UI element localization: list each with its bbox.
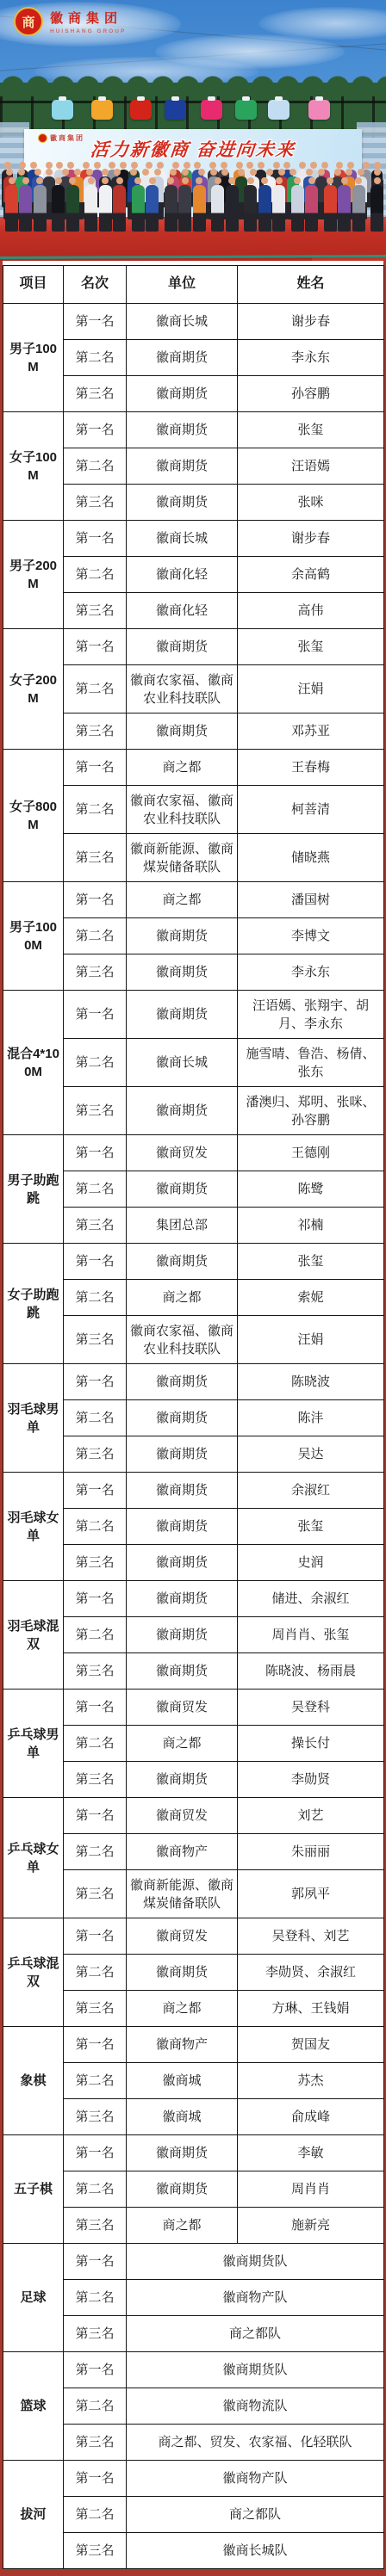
article-page: 徽商集团 活力新徽商 奋进向未来 商 徽商集团 HUISHANG GROUP 项… xyxy=(0,0,386,2576)
name-cell: 吴达 xyxy=(238,1436,384,1473)
unit-cell: 徽商期货 xyxy=(127,1653,238,1690)
unit-cell: 徽商期货 xyxy=(127,485,238,521)
rank-cell: 第一名 xyxy=(64,1244,127,1280)
table-row: 男子100M第一名徽商长城谢步春 xyxy=(3,304,384,340)
unit-cell: 徽商期货 xyxy=(127,1473,238,1509)
table-row: 乒乓球男单第一名徽商贸发吴登科 xyxy=(3,1690,384,1726)
person-figure xyxy=(352,177,365,232)
table-row: 男子1000M第一名商之都潘国树 xyxy=(3,882,384,918)
table-row: 乒乓球混双第一名徽商贸发吴登科、刘艺 xyxy=(3,1918,384,1955)
name-cell: 储晓燕 xyxy=(238,834,384,882)
rank-cell: 第三名 xyxy=(64,2316,127,2352)
team-cell: 徽商物产队 xyxy=(127,2461,384,2497)
name-cell: 索妮 xyxy=(238,1280,384,1316)
name-cell: 汪娟 xyxy=(238,1316,384,1364)
event-cell: 羽毛球男单 xyxy=(3,1364,64,1473)
column-header: 单位 xyxy=(127,266,238,304)
name-cell: 孙容鹏 xyxy=(238,376,384,412)
rank-cell: 第三名 xyxy=(64,485,127,521)
name-cell: 李永东 xyxy=(238,340,384,376)
unit-cell: 集团总部 xyxy=(127,1208,238,1244)
person-figure xyxy=(146,177,159,232)
person-figure xyxy=(370,177,383,232)
unit-cell: 徽商长城 xyxy=(127,304,238,340)
unit-cell: 徽商期货 xyxy=(127,1955,238,1991)
logo-text-en: HUISHANG GROUP xyxy=(50,28,126,34)
unit-cell: 徽商贸发 xyxy=(127,1798,238,1834)
name-cell: 邓苏亚 xyxy=(238,713,384,750)
unit-cell: 徽商农家福、徽商农业科技联队 xyxy=(127,786,238,834)
unit-cell: 徽商期货 xyxy=(127,376,238,412)
unit-cell: 商之都 xyxy=(127,2208,238,2244)
event-cell: 象棋 xyxy=(3,2027,64,2135)
unit-cell: 商之都 xyxy=(127,1991,238,2027)
name-cell: 谢步春 xyxy=(238,304,384,340)
rank-cell: 第三名 xyxy=(64,593,127,629)
event-cell: 羽毛球混双 xyxy=(3,1581,64,1690)
rank-cell: 第一名 xyxy=(64,2352,127,2388)
rank-cell: 第二名 xyxy=(64,1509,127,1545)
person-figure xyxy=(99,177,112,232)
table-row: 女子800M第一名商之都王春梅 xyxy=(3,750,384,786)
unit-cell: 徽商长城 xyxy=(127,521,238,557)
rank-cell: 第三名 xyxy=(64,1870,127,1918)
rank-cell: 第一名 xyxy=(64,2244,127,2280)
name-cell: 张玺 xyxy=(238,629,384,665)
rank-cell: 第三名 xyxy=(64,2208,127,2244)
person-figure xyxy=(34,177,47,232)
lantern-decoration xyxy=(91,100,113,120)
rank-cell: 第二名 xyxy=(64,786,127,834)
person-figure xyxy=(193,177,206,232)
name-cell: 俞成峰 xyxy=(238,2099,384,2135)
name-cell: 苏杰 xyxy=(238,2063,384,2099)
team-cell: 商之都队 xyxy=(127,2497,384,2533)
rank-cell: 第二名 xyxy=(64,1400,127,1436)
rank-cell: 第一名 xyxy=(64,1581,127,1617)
team-cell: 徽商期货队 xyxy=(127,2352,384,2388)
lantern-decoration xyxy=(268,100,289,120)
unit-cell: 徽商期货 xyxy=(127,2171,238,2208)
unit-cell: 徽商物产 xyxy=(127,1834,238,1870)
name-cell: 张玺 xyxy=(238,1509,384,1545)
name-cell: 施新亮 xyxy=(238,2208,384,2244)
rank-cell: 第二名 xyxy=(64,1039,127,1087)
name-cell: 柯菩清 xyxy=(238,786,384,834)
rank-cell: 第三名 xyxy=(64,1762,127,1798)
person-figure xyxy=(66,177,79,232)
unit-cell: 徽商期货 xyxy=(127,1087,238,1135)
name-cell: 高伟 xyxy=(238,593,384,629)
name-cell: 方琳、王钱娟 xyxy=(238,1991,384,2027)
rank-cell: 第三名 xyxy=(64,1316,127,1364)
name-cell: 周肖肖、张玺 xyxy=(238,1617,384,1653)
rank-cell: 第三名 xyxy=(64,713,127,750)
rank-cell: 第三名 xyxy=(64,1653,127,1690)
person-figure xyxy=(305,177,318,232)
event-cell: 篮球 xyxy=(3,2352,64,2461)
unit-cell: 徽商期货 xyxy=(127,713,238,750)
name-cell: 李勋贤 xyxy=(238,1762,384,1798)
rank-cell: 第三名 xyxy=(64,834,127,882)
team-cell: 徽商物产队 xyxy=(127,2280,384,2316)
person-figure xyxy=(291,177,304,232)
unit-cell: 徽商贸发 xyxy=(127,1135,238,1171)
rank-cell: 第三名 xyxy=(64,376,127,412)
name-cell: 操长付 xyxy=(238,1726,384,1762)
event-cell: 五子棋 xyxy=(3,2135,64,2244)
rank-cell: 第二名 xyxy=(64,1280,127,1316)
unit-cell: 徽商期货 xyxy=(127,1244,238,1280)
rank-cell: 第二名 xyxy=(64,665,127,713)
rank-cell: 第三名 xyxy=(64,2099,127,2135)
name-cell: 祁楠 xyxy=(238,1208,384,1244)
event-cell: 女子100M xyxy=(3,412,64,521)
unit-cell: 商之都 xyxy=(127,1726,238,1762)
unit-cell: 徽商期货 xyxy=(127,1171,238,1208)
unit-cell: 徽商新能源、徽商煤炭储备联队 xyxy=(127,1870,238,1918)
rank-cell: 第二名 xyxy=(64,1955,127,1991)
person-figure xyxy=(258,177,271,232)
event-cell: 女子200M xyxy=(3,629,64,750)
rank-cell: 第二名 xyxy=(64,340,127,376)
table-row: 篮球第一名徽商期货队 xyxy=(3,2352,384,2388)
person-figure xyxy=(244,177,257,232)
event-cell: 男子助跑跳 xyxy=(3,1135,64,1244)
event-photo: 徽商集团 活力新徽商 奋进向未来 商 徽商集团 HUISHANG GROUP xyxy=(0,0,386,261)
event-cell: 拔河 xyxy=(3,2461,64,2569)
person-figure xyxy=(5,177,18,232)
event-cell: 女子助跑跳 xyxy=(3,1244,64,1364)
table-row: 五子棋第一名徽商期货李敏 xyxy=(3,2135,384,2171)
name-cell: 王春梅 xyxy=(238,750,384,786)
event-cell: 乒乓球女单 xyxy=(3,1798,64,1918)
name-cell: 李博文 xyxy=(238,918,384,954)
unit-cell: 徽商期货 xyxy=(127,1436,238,1473)
unit-cell: 徽商农家福、徽商农业科技联队 xyxy=(127,665,238,713)
event-cell: 乒乓球混双 xyxy=(3,1918,64,2027)
rank-cell: 第一名 xyxy=(64,1135,127,1171)
unit-cell: 徽商期货 xyxy=(127,1617,238,1653)
name-cell: 余淑红 xyxy=(238,1473,384,1509)
team-cell: 商之都队 xyxy=(127,2316,384,2352)
rank-cell: 第二名 xyxy=(64,2388,127,2425)
unit-cell: 徽商期货 xyxy=(127,2135,238,2171)
rank-cell: 第一名 xyxy=(64,991,127,1039)
lantern-decoration xyxy=(235,100,257,120)
table-row: 象棋第一名徽商物产贺国友 xyxy=(3,2027,384,2063)
team-cell: 商之都、贸发、农家福、化轻联队 xyxy=(127,2425,384,2461)
rank-cell: 第二名 xyxy=(64,448,127,485)
unit-cell: 徽商贸发 xyxy=(127,1918,238,1955)
name-cell: 张咪 xyxy=(238,485,384,521)
rank-cell: 第一名 xyxy=(64,1690,127,1726)
rank-cell: 第一名 xyxy=(64,1364,127,1400)
unit-cell: 徽商期货 xyxy=(127,1509,238,1545)
person-figure xyxy=(52,177,65,232)
rank-cell: 第三名 xyxy=(64,1208,127,1244)
name-cell: 汪语嫣、张翔宇、胡月、李永东 xyxy=(238,991,384,1039)
person-figure xyxy=(84,177,97,232)
unit-cell: 商之都 xyxy=(127,882,238,918)
rank-cell: 第一名 xyxy=(64,750,127,786)
rank-cell: 第二名 xyxy=(64,557,127,593)
stage-edge-red xyxy=(312,257,386,261)
rank-cell: 第三名 xyxy=(64,1545,127,1581)
rank-cell: 第三名 xyxy=(64,1436,127,1473)
rank-cell: 第一名 xyxy=(64,2135,127,2171)
event-cell: 男子100M xyxy=(3,304,64,412)
rank-cell: 第三名 xyxy=(64,2425,127,2461)
table-row: 男子200M第一名徽商长城谢步春 xyxy=(3,521,384,557)
rank-cell: 第二名 xyxy=(64,2280,127,2316)
unit-cell: 徽商期货 xyxy=(127,1400,238,1436)
name-cell: 汪语嫣 xyxy=(238,448,384,485)
rank-cell: 第一名 xyxy=(64,629,127,665)
lantern-decoration xyxy=(201,100,222,120)
table-row: 女子200M第一名徽商期货张玺 xyxy=(3,629,384,665)
unit-cell: 徽商期货 xyxy=(127,1762,238,1798)
rank-cell: 第二名 xyxy=(64,2063,127,2099)
rank-cell: 第二名 xyxy=(64,1834,127,1870)
rank-cell: 第三名 xyxy=(64,1991,127,2027)
lantern-decoration xyxy=(165,100,186,120)
results-table: 项目名次单位姓名男子100M第一名徽商长城谢步春第二名徽商期货李永东第三名徽商期… xyxy=(3,265,384,2569)
rank-cell: 第二名 xyxy=(64,918,127,954)
unit-cell: 徽商化轻 xyxy=(127,557,238,593)
event-cell: 男子1000M xyxy=(3,882,64,991)
name-cell: 潘澳归、郑明、张咪、孙容鹏 xyxy=(238,1087,384,1135)
table-row: 乒乓球女单第一名徽商贸发刘艺 xyxy=(3,1798,384,1834)
lantern-decoration xyxy=(52,100,73,120)
table-row: 女子100M第一名徽商期货张玺 xyxy=(3,412,384,448)
team-cell: 徽商长城队 xyxy=(127,2533,384,2569)
rank-cell: 第一名 xyxy=(64,521,127,557)
name-cell: 王德刚 xyxy=(238,1135,384,1171)
event-cell: 女子800M xyxy=(3,750,64,882)
name-cell: 吴登科 xyxy=(238,1690,384,1726)
logo-text-zh: 徽商集团 xyxy=(50,9,126,27)
person-figure xyxy=(19,177,32,232)
name-cell: 朱丽丽 xyxy=(238,1834,384,1870)
name-cell: 贺国友 xyxy=(238,2027,384,2063)
name-cell: 郭夙平 xyxy=(238,1870,384,1918)
person-figure xyxy=(165,177,177,232)
rank-cell: 第一名 xyxy=(64,1798,127,1834)
rank-cell: 第二名 xyxy=(64,2171,127,2208)
team-cell: 徽商物流队 xyxy=(127,2388,384,2425)
rank-cell: 第二名 xyxy=(64,1617,127,1653)
person-figure xyxy=(324,177,337,232)
person-figure xyxy=(132,177,145,232)
unit-cell: 徽商期货 xyxy=(127,412,238,448)
person-figure xyxy=(226,177,239,232)
event-cell: 足球 xyxy=(3,2244,64,2352)
unit-cell: 徽商期货 xyxy=(127,1545,238,1581)
name-cell: 吴登科、刘艺 xyxy=(238,1918,384,1955)
rank-cell: 第一名 xyxy=(64,1473,127,1509)
unit-cell: 徽商期货 xyxy=(127,1581,238,1617)
name-cell: 李永东 xyxy=(238,954,384,991)
name-cell: 施雪晴、鲁浩、杨倩、张东 xyxy=(238,1039,384,1087)
rank-cell: 第一名 xyxy=(64,412,127,448)
results-table-section: 项目名次单位姓名男子100M第一名徽商长城谢步春第二名徽商期货李永东第三名徽商期… xyxy=(0,261,386,2576)
name-cell: 储进、余淑红 xyxy=(238,1581,384,1617)
name-cell: 张玺 xyxy=(238,1244,384,1280)
unit-cell: 徽商物产 xyxy=(127,2027,238,2063)
unit-cell: 徽商期货 xyxy=(127,340,238,376)
rank-cell: 第二名 xyxy=(64,1726,127,1762)
rank-cell: 第一名 xyxy=(64,304,127,340)
rank-cell: 第一名 xyxy=(64,2027,127,2063)
person-figure xyxy=(338,177,351,232)
table-row: 羽毛球混双第一名徽商期货储进、余淑红 xyxy=(3,1581,384,1617)
team-cell: 徽商期货队 xyxy=(127,2244,384,2280)
banner-title: 活力新徽商 奋进向未来 xyxy=(22,136,363,162)
person-figure xyxy=(178,177,191,232)
table-row: 羽毛球男单第一名徽商期货陈晓波 xyxy=(3,1364,384,1400)
name-cell: 刘艺 xyxy=(238,1798,384,1834)
unit-cell: 商之都 xyxy=(127,750,238,786)
name-cell: 陈沣 xyxy=(238,1400,384,1436)
rank-cell: 第三名 xyxy=(64,1087,127,1135)
person-figure xyxy=(211,177,224,232)
column-header: 名次 xyxy=(64,266,127,304)
table-row: 拔河第一名徽商物产队 xyxy=(3,2461,384,2497)
rank-cell: 第三名 xyxy=(64,2533,127,2569)
name-cell: 李勋贤、余淑红 xyxy=(238,1955,384,1991)
event-cell: 乒乓球男单 xyxy=(3,1690,64,1798)
unit-cell: 徽商长城 xyxy=(127,1039,238,1087)
column-header: 项目 xyxy=(3,266,64,304)
name-cell: 潘国树 xyxy=(238,882,384,918)
unit-cell: 商之都 xyxy=(127,1280,238,1316)
unit-cell: 徽商农家福、徽商农业科技联队 xyxy=(127,1316,238,1364)
person-figure xyxy=(272,177,285,232)
lantern-decoration xyxy=(130,100,152,120)
rank-cell: 第三名 xyxy=(64,954,127,991)
unit-cell: 徽商城 xyxy=(127,2099,238,2135)
event-cell: 男子200M xyxy=(3,521,64,629)
unit-cell: 徽商期货 xyxy=(127,448,238,485)
name-cell: 陈晓波、杨雨晨 xyxy=(238,1653,384,1690)
name-cell: 史润 xyxy=(238,1545,384,1581)
name-cell: 陈鹭 xyxy=(238,1171,384,1208)
name-cell: 周肖肖 xyxy=(238,2171,384,2208)
name-cell: 余高鹤 xyxy=(238,557,384,593)
name-cell: 李敏 xyxy=(238,2135,384,2171)
table-row: 混合4*100M第一名徽商期货汪语嫣、张翔宇、胡月、李永东 xyxy=(3,991,384,1039)
name-cell: 汪娟 xyxy=(238,665,384,713)
rank-cell: 第二名 xyxy=(64,2497,127,2533)
unit-cell: 徽商期货 xyxy=(127,954,238,991)
lantern-decoration xyxy=(308,100,330,120)
unit-cell: 徽商贸发 xyxy=(127,1690,238,1726)
name-cell: 陈晓波 xyxy=(238,1364,384,1400)
unit-cell: 徽商新能源、徽商煤炭储备联队 xyxy=(127,834,238,882)
rank-cell: 第一名 xyxy=(64,1918,127,1955)
table-row: 羽毛球女单第一名徽商期货余淑红 xyxy=(3,1473,384,1509)
unit-cell: 徽商期货 xyxy=(127,1364,238,1400)
name-cell: 张玺 xyxy=(238,412,384,448)
unit-cell: 徽商期货 xyxy=(127,918,238,954)
unit-cell: 徽商期货 xyxy=(127,629,238,665)
table-row: 男子助跑跳第一名徽商贸发王德刚 xyxy=(3,1135,384,1171)
huishang-logo: 商 徽商集团 HUISHANG GROUP xyxy=(14,7,126,36)
rank-cell: 第一名 xyxy=(64,2461,127,2497)
column-header: 姓名 xyxy=(238,266,384,304)
rank-cell: 第二名 xyxy=(64,1171,127,1208)
crowd-of-athletes xyxy=(3,160,383,234)
name-cell: 谢步春 xyxy=(238,521,384,557)
event-cell: 羽毛球女单 xyxy=(3,1473,64,1581)
unit-cell: 徽商城 xyxy=(127,2063,238,2099)
unit-cell: 徽商期货 xyxy=(127,991,238,1039)
rank-cell: 第一名 xyxy=(64,882,127,918)
unit-cell: 徽商化轻 xyxy=(127,593,238,629)
table-row: 女子助跑跳第一名徽商期货张玺 xyxy=(3,1244,384,1280)
person-figure xyxy=(113,177,126,232)
event-cell: 混合4*100M xyxy=(3,991,64,1135)
table-row: 足球第一名徽商期货队 xyxy=(3,2244,384,2280)
huishang-seal-icon: 商 xyxy=(14,7,43,36)
